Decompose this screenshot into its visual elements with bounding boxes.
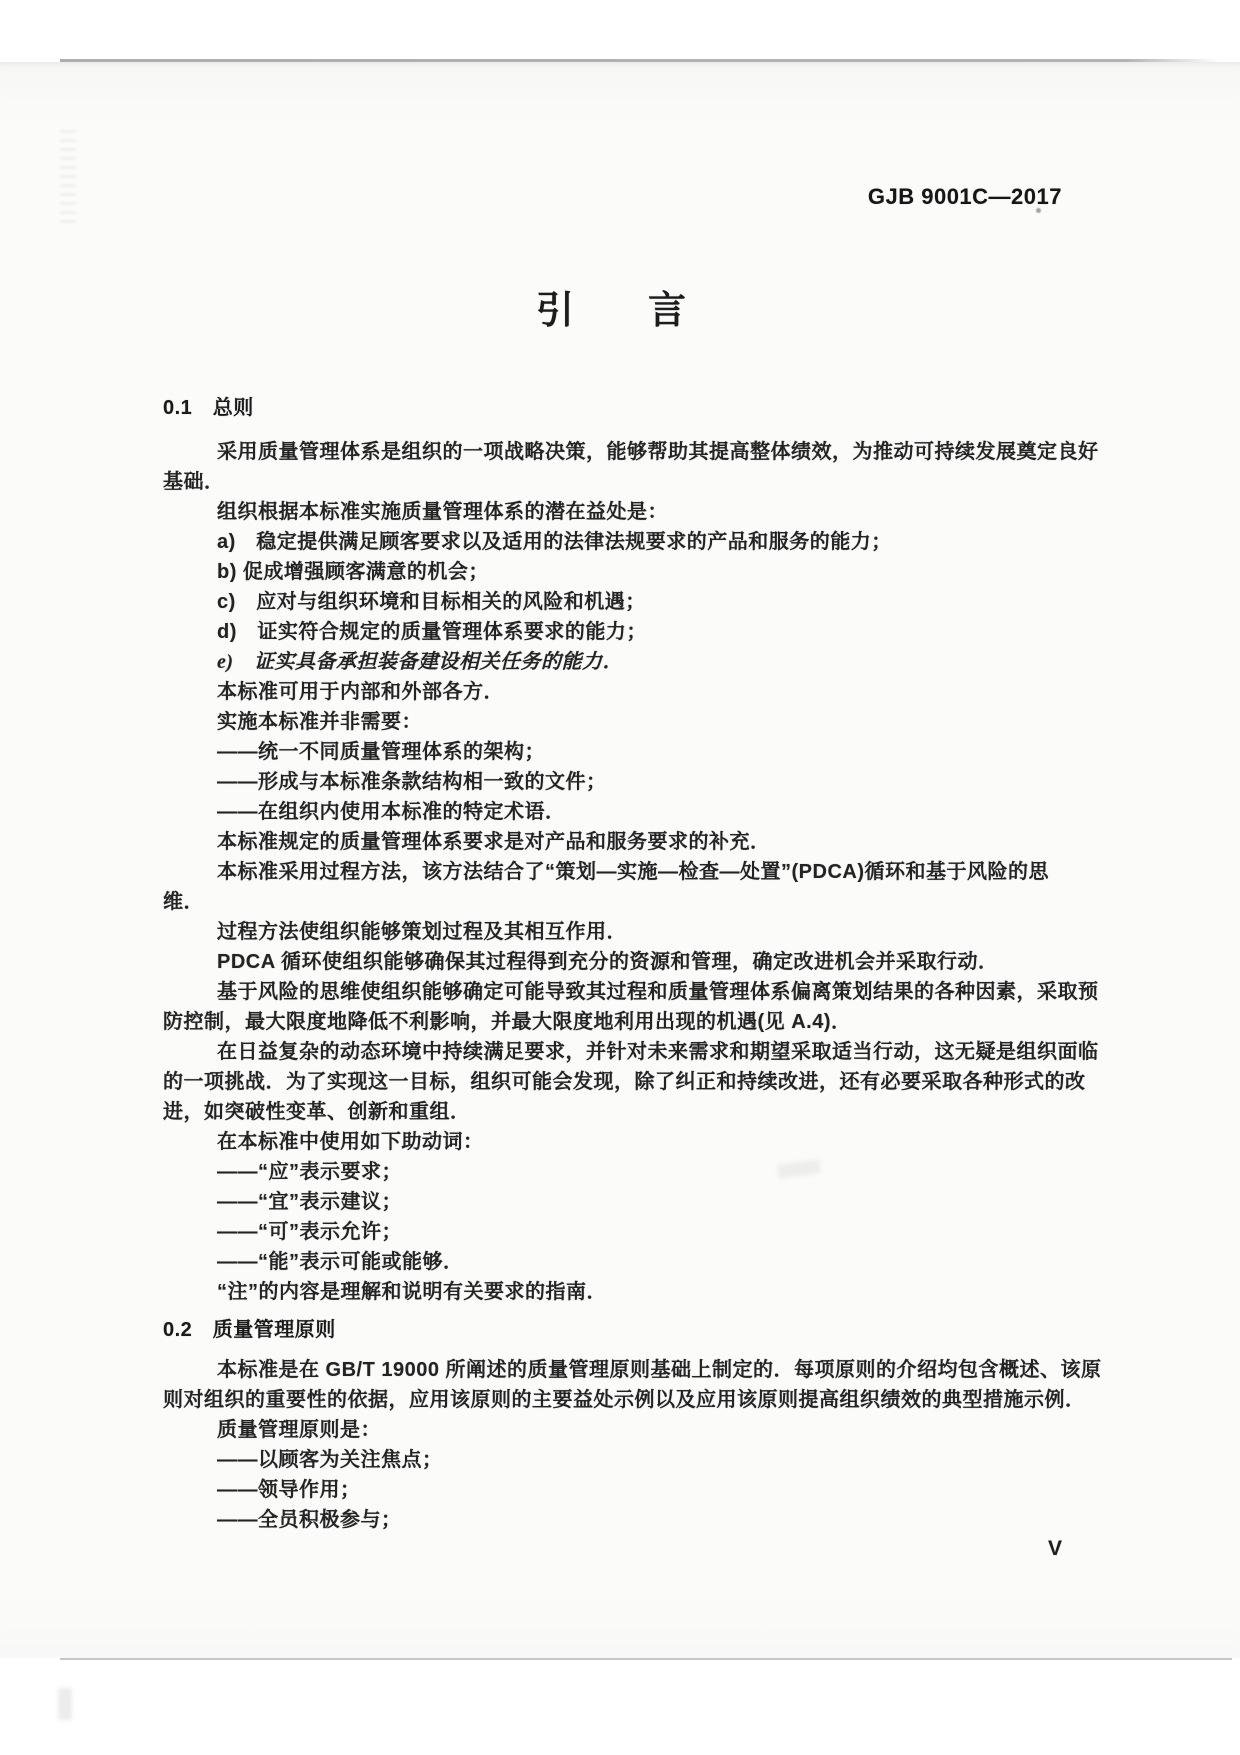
- text-line: ——“能”表示可能或能够．: [163, 1247, 1079, 1277]
- text-line: 质量管理原则是：: [163, 1415, 1079, 1445]
- scan-smudge-artifact: [58, 1688, 72, 1720]
- page-title: 引 言: [0, 279, 1240, 334]
- section-heading: 0.1 总则: [163, 393, 1079, 423]
- text-line: ——“可”表示允许；: [163, 1217, 1079, 1247]
- text-line: e) 证实具备承担装备建设相关任务的能力．: [163, 647, 1079, 677]
- text-line: 维．: [163, 887, 1079, 917]
- text-line: ——形成与本标准条款结构相一致的文件；: [163, 767, 1079, 797]
- text-line: ——“宜”表示建议；: [163, 1187, 1079, 1217]
- text-line: ——“应”表示要求；: [163, 1157, 1079, 1187]
- text-line: 本标准采用过程方法，该方法结合了“策划—实施—检查—处置”(PDCA)循环和基于…: [163, 857, 1079, 887]
- text-line: PDCA 循环使组织能够确保其过程得到充分的资源和管理，确定改进机会并采取行动．: [163, 947, 1079, 977]
- text-line: 在日益复杂的动态环境中持续满足要求，并针对未来需求和期望采取适当行动，这无疑是组…: [163, 1037, 1079, 1067]
- text-line: b) 促成增强顾客满意的机会；: [163, 557, 1079, 587]
- text-line: ——领导作用；: [163, 1475, 1079, 1505]
- scan-smudge-artifact: [60, 130, 76, 225]
- text-line: 则对组织的重要性的依据，应用该原则的主要益处示例以及应用该原则提高组织绩效的典型…: [163, 1385, 1079, 1415]
- text-line: 在本标准中使用如下助动词：: [163, 1127, 1079, 1157]
- text-line: ——在组织内使用本标准的特定术语．: [163, 797, 1079, 827]
- text-line: 基础．: [163, 467, 1079, 497]
- text-line: a) 稳定提供满足顾客要求以及适用的法律法规要求的产品和服务的能力；: [163, 527, 1079, 557]
- text-line: 过程方法使组织能够策划过程及其相互作用．: [163, 917, 1079, 947]
- text-line: ——全员积极参与；: [163, 1505, 1079, 1535]
- scan-bottom-rule: [60, 1658, 1232, 1660]
- text-line: 采用质量管理体系是组织的一项战略决策，能够帮助其提高整体绩效，为推动可持续发展奠…: [163, 437, 1079, 467]
- scanned-document-page: GJB 9001C—2017 引 言 0.1 总则采用质量管理体系是组织的一项战…: [0, 0, 1240, 1755]
- text-line: d) 证实符合规定的质量管理体系要求的能力；: [163, 617, 1079, 647]
- text-line: 实施本标准并非需要：: [163, 707, 1079, 737]
- text-line: 组织根据本标准实施质量管理体系的潜在益处是：: [163, 497, 1079, 527]
- standard-code: GJB 9001C—2017: [868, 184, 1062, 210]
- text-line: 本标准是在 GB/T 19000 所阐述的质量管理原则基础上制定的．每项原则的介…: [163, 1355, 1079, 1385]
- document-body-lines: 0.1 总则采用质量管理体系是组织的一项战略决策，能够帮助其提高整体绩效，为推动…: [163, 393, 1079, 1535]
- section-heading: 0.2 质量管理原则: [163, 1315, 1079, 1345]
- page-number: V: [1048, 1537, 1062, 1561]
- text-line: 防控制，最大限度地降低不利影响，并最大限度地利用出现的机遇(见 A.4)．: [163, 1007, 1079, 1037]
- text-line: 基于风险的思维使组织能够确定可能导致其过程和质量管理体系偏离策划结果的各种因素，…: [163, 977, 1079, 1007]
- text-line: ——统一不同质量管理体系的架构；: [163, 737, 1079, 767]
- text-line: c) 应对与组织环境和目标相关的风险和机遇；: [163, 587, 1079, 617]
- text-line: “注”的内容是理解和说明有关要求的指南．: [163, 1277, 1079, 1307]
- text-line: 本标准可用于内部和外部各方．: [163, 677, 1079, 707]
- text-line: 本标准规定的质量管理体系要求是对产品和服务要求的补充．: [163, 827, 1079, 857]
- text-line: 进，如突破性变革、创新和重组．: [163, 1097, 1079, 1127]
- text-line: ——以顾客为关注焦点；: [163, 1445, 1079, 1475]
- text-line: 的一项挑战．为了实现这一目标，组织可能会发现，除了纠正和持续改进，还有必要采取各…: [163, 1067, 1079, 1097]
